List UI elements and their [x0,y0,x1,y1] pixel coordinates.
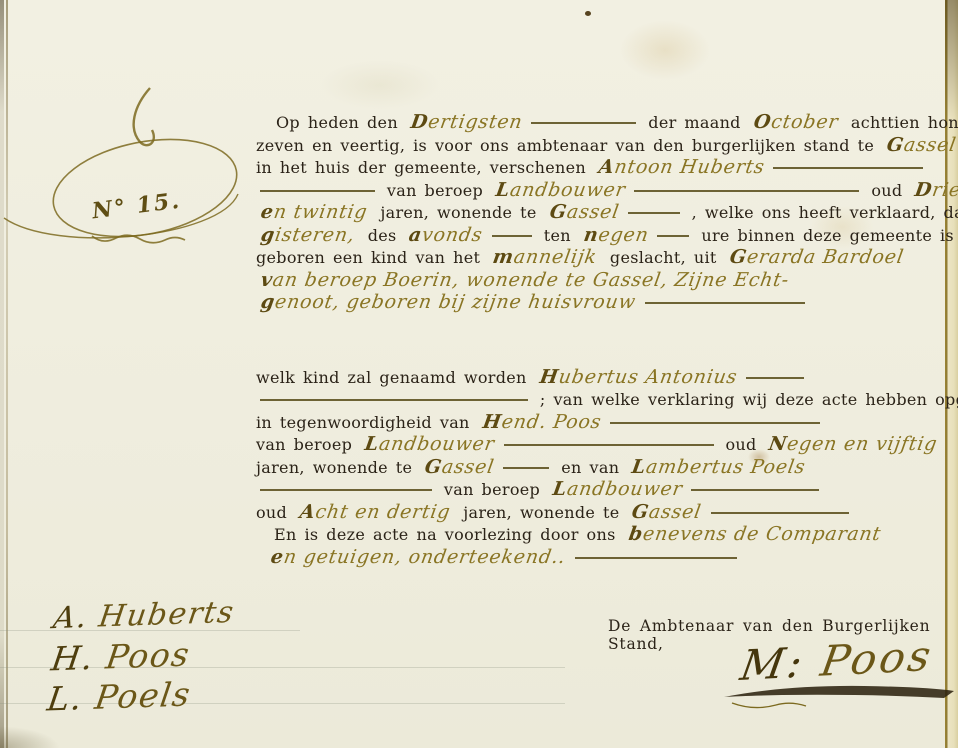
fill-in-rule [634,187,859,192]
act-line: van beroep Landbouwer [256,479,956,502]
handwritten-entry: Hend. Poos [481,412,603,432]
fill-in-rule [691,486,819,491]
fill-in-rule [531,119,636,124]
handwritten-entry: Drie [914,180,958,200]
fill-in-rule [575,554,737,559]
printed-text: der maand [640,113,748,132]
act-line: En is deze acte na voorlezing door ons b… [256,524,956,547]
page-right-edge-shadow [945,0,958,120]
act-line: en getuigen, onderteekend.. [256,547,956,570]
act-body: Op heden den Dertigsten der maand Octobe… [256,112,956,569]
ornamental-flourish-icon [0,86,252,254]
handwritten-entry: van beroep Boerin, wonende te Gassel, Zi… [259,270,790,290]
fill-in-rule [503,464,549,469]
paper-stain [320,60,440,110]
act-line: en twintig jaren, wonende te Gassel , we… [256,202,956,225]
fill-in-rule [260,396,528,401]
act-line: geboren een kind van het mannelijk gesla… [256,247,956,270]
handwritten-entry: Landbouwer [363,434,496,454]
printed-text: van beroep [436,480,548,499]
printed-text: welk kind zal genaamd worden [256,368,535,387]
printed-text: ; van welke verklaring wij deze acte heb… [532,390,958,409]
fill-in-rule [711,509,849,514]
document-page: { "palette":{"paper":"#f1efe0","print_in… [0,0,958,748]
printed-text: oud [718,435,765,454]
handwritten-entry: Negen en vijftig [768,434,939,454]
act-line: welk kind zal genaamd worden Hubertus An… [256,367,956,390]
handwritten-entry: October [752,112,840,132]
fill-in-rule [610,419,820,424]
act-line: oud Acht en dertig jaren, wonende te Gas… [256,502,956,525]
handwritten-entry: Gassel [424,457,496,477]
printed-text: van beroep [379,181,491,200]
handwritten-entry: genoot, geboren bij zijne huisvrouw [259,292,637,312]
handwritten-entry: Gassel [631,502,703,522]
handwritten-entry: Landbouwer [494,180,627,200]
handwritten-entry: Acht en dertig [298,502,452,522]
act-line: genoot, geboren bij zijne huisvrouw [256,292,956,315]
fill-in-rule [492,232,532,237]
act-line: in tegenwoordigheid van Hend. Poos [256,412,956,435]
handwritten-entry: Landbouwer [551,479,684,499]
signature-flourish-icon [722,679,958,709]
fill-in-rule [628,209,680,214]
paper-stain [585,11,591,16]
fill-in-rule [260,187,375,192]
printed-text: En is deze acte na voorlezing door ons [274,525,624,544]
handwritten-entry: Gassel [548,202,620,222]
handwritten-entry: Hubertus Antonius [538,367,738,387]
witness-signature: A. Huberts [51,595,237,636]
handwritten-entry: avonds [408,225,485,245]
printed-text: van beroep [256,435,360,454]
handwritten-entry: Antoon Huberts [597,157,766,177]
handwritten-entry: negen [582,225,650,245]
printed-text: geslacht, uit [602,248,724,267]
fill-in-rule [746,374,804,379]
witness-signature: L. Poels [45,675,194,719]
act-line: gisteren, des avonds ten negen ure binne… [256,225,956,248]
printed-text: ten [536,226,579,245]
handwritten-entry: Dertigsten [409,112,524,132]
printed-text: ure binnen deze gemeente is [693,226,953,245]
handwritten-entry: en twintig [259,202,369,222]
printed-text: jaren, wonende te [455,503,627,522]
fill-in-rule [504,441,714,446]
page-corner-shadow [0,726,60,748]
act-line: zeven en veertig, is voor ons ambtenaar … [256,135,956,158]
act-line: van beroep Landbouwer oud Drie [256,180,956,203]
act-line: ; van welke verklaring wij deze acte heb… [256,389,956,412]
printed-text: , welke ons heeft verklaard, dat op [684,203,958,222]
fill-in-rule [657,232,689,237]
act-line: Op heden den Dertigsten der maand Octobe… [256,112,956,135]
handwritten-entry: en getuigen, onderteekend.. [269,547,567,567]
act-line: van beroep Landbouwer oud Negen en vijft… [256,434,956,457]
printed-text: oud [863,181,910,200]
act-line: jaren, wonende te Gassel en van Lambertu… [256,457,956,480]
printed-text: jaren, wonende te [372,203,544,222]
paper-stain [620,20,710,80]
witness-signature: H. Poos [49,635,193,679]
handwritten-entry: mannelijk [492,247,599,267]
fill-in-rule [645,299,805,304]
printed-text: geboren een kind van het [256,248,488,267]
handwritten-entry: Gassel [885,135,957,155]
printed-text: jaren, wonende te [256,458,420,477]
fill-in-rule [260,486,432,491]
printed-text: oud [256,503,295,522]
fill-in-rule [773,164,923,169]
printed-text: en van [553,458,627,477]
printed-text: des [360,226,405,245]
act-line: van beroep Boerin, wonende te Gassel, Zi… [256,270,956,293]
printed-text: zeven en veertig, is voor ons ambtenaar … [256,136,882,155]
handwritten-entry: Gerarda Bardoel [728,247,905,267]
act-line: in het huis der gemeente, verschenen Ant… [256,157,956,180]
printed-text: in het huis der gemeente, verschenen [256,158,594,177]
handwritten-entry: gisteren, [259,225,356,245]
printed-text: achttien honderd [843,113,958,132]
handwritten-entry: Lambertus Poels [631,457,808,477]
handwritten-entry: benevens de Comparant [627,524,882,544]
printed-text: Op heden den [276,113,406,132]
printed-text: in tegenwoordigheid van [256,413,478,432]
